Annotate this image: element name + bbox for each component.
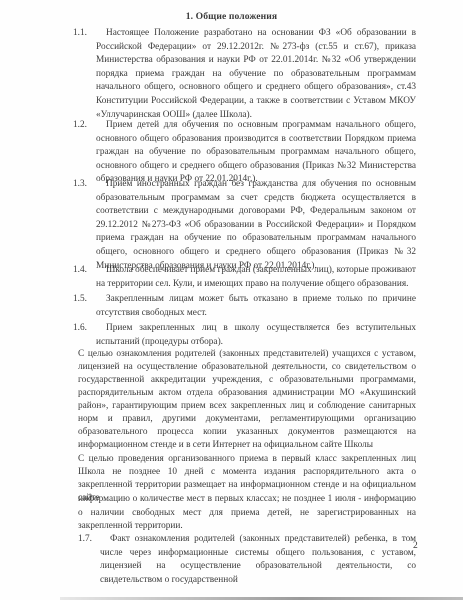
section-title: 1. Общие положения <box>0 11 463 22</box>
item-text: Закрепленным лицам может быть отказано в… <box>96 293 416 320</box>
list-item-1-6: 1.6. Прием закрепленных лиц в школу осущ… <box>73 322 416 349</box>
list-item-1-3: 1.3. Прием иностранных граждан без гражд… <box>73 178 416 273</box>
item-text: Школа обеспечивает прием граждан (закреп… <box>96 264 416 291</box>
paragraph-familiarization: С целью ознакомления родителей (законных… <box>78 348 416 452</box>
list-item-1-2: 1.2. Прием детей для обучения по основны… <box>73 119 416 187</box>
list-item-1-4: 1.4. Школа обеспечивает прием граждан (з… <box>73 264 416 291</box>
item-number: 1.7. <box>78 533 92 547</box>
document-page: 1. Общие положения 1.1. Настоящее Положе… <box>0 0 463 600</box>
item-number: 1.4. <box>73 264 87 278</box>
item-number: 1.6. <box>73 322 87 336</box>
item-text: Прием детей для обучения по основным про… <box>96 119 416 187</box>
list-item-1-7: 1.7. Факт ознакомления родителей (законн… <box>78 533 416 587</box>
item-number: 1.3. <box>73 178 87 192</box>
item-number: 1.5. <box>73 293 87 307</box>
item-number: 1.1. <box>73 27 87 41</box>
item-number: 1.2. <box>73 119 87 133</box>
page-number: 2 <box>413 541 418 551</box>
item-text: Прием закрепленных лиц в школу осуществл… <box>96 322 416 349</box>
item-text: Настоящее Положение разработано на основ… <box>96 27 416 122</box>
item-text: Прием иностранных граждан без гражданств… <box>96 178 416 273</box>
list-item-1-5: 1.5. Закрепленным лицам может быть отказ… <box>73 293 416 320</box>
paragraph-places-info: информацию о количестве мест в первых кл… <box>78 493 416 534</box>
list-item-1-1: 1.1. Настоящее Положение разработано на … <box>73 27 416 122</box>
item-text: Факт ознакомления родителей (законных пр… <box>100 533 416 587</box>
